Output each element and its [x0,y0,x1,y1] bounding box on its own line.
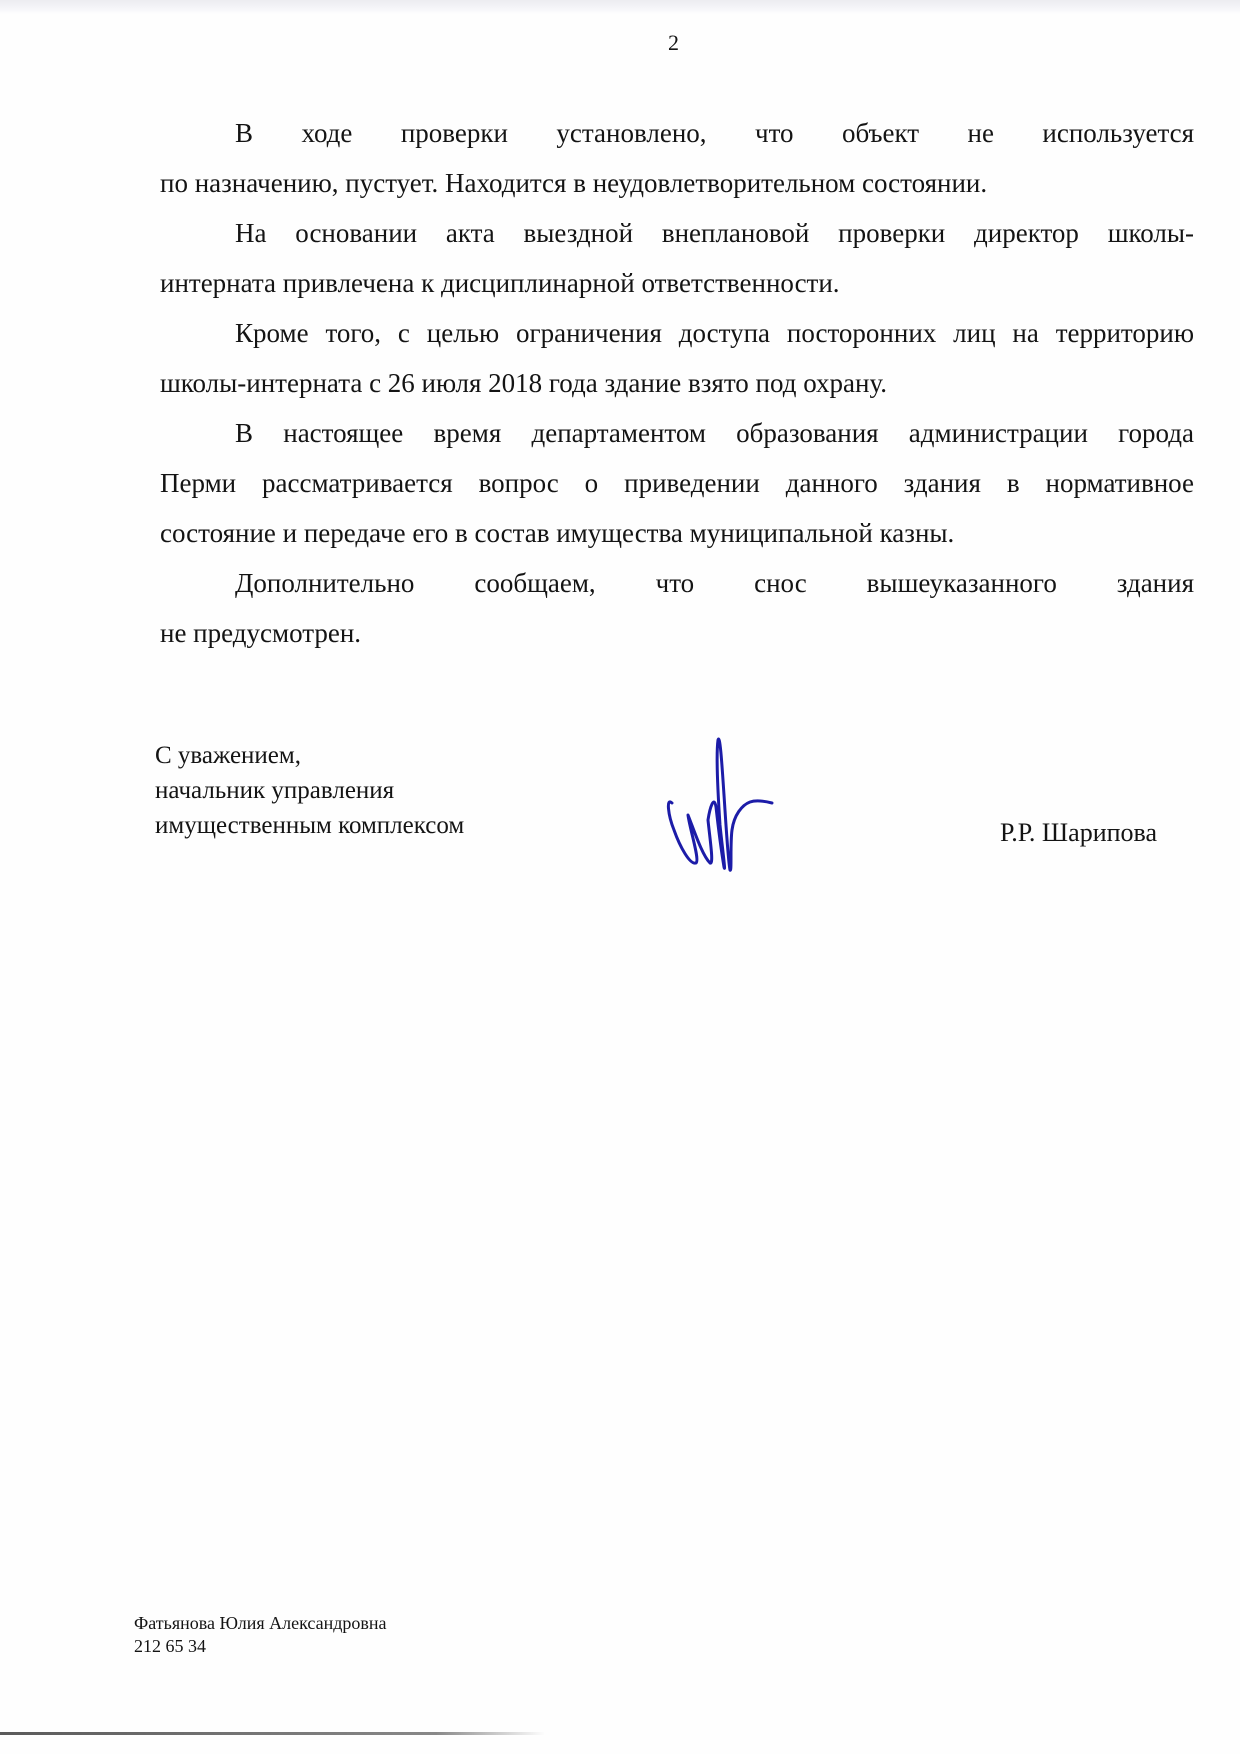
text-line: по назначению, пустует. Находится в неуд… [160,158,1194,208]
scan-edge-top [0,0,1240,14]
text-line: интерната привлечена к дисциплинарной от… [160,258,1194,308]
paragraph-inspection-result: В ходе проверки установлено, что объект … [160,108,1194,208]
text-line: школы-интерната с 26 июля 2018 года здан… [160,358,1194,408]
paragraph-security: Кроме того, с целью ограничения доступа … [160,308,1194,408]
executor-contact: Фатьянова Юлия Александровна 212 65 34 [134,1612,387,1658]
text-line: На основании акта выездной внеплановой п… [160,208,1194,258]
handwritten-signature-icon [660,735,780,880]
text-line: Кроме того, с целью ограничения доступа … [160,308,1194,358]
page-number: 2 [668,30,679,56]
scan-edge-bottom [0,1732,545,1735]
signer-position-line1: начальник управления [155,773,464,808]
closing-block: С уважением, начальник управления имущес… [155,738,464,843]
salutation: С уважением, [155,738,464,773]
text-line: В настоящее время департаментом образова… [160,408,1194,458]
document-page: 2 В ходе проверки установлено, что объек… [0,0,1240,1754]
paragraph-demolition: Дополнительно сообщаем, что снос вышеука… [160,558,1194,658]
paragraph-disciplinary-action: На основании акта выездной внеплановой п… [160,208,1194,308]
executor-phone: 212 65 34 [134,1635,387,1658]
text-line: Перми рассматривается вопрос о приведени… [160,458,1194,508]
letter-body: В ходе проверки установлено, что объект … [160,108,1194,658]
text-line: не предусмотрен. [160,608,1194,658]
signer-position-line2: имущественным комплексом [155,808,464,843]
text-line: Дополнительно сообщаем, что снос вышеука… [160,558,1194,608]
text-line: В ходе проверки установлено, что объект … [160,108,1194,158]
paragraph-current-status: В настоящее время департаментом образова… [160,408,1194,558]
text-line: состояние и передаче его в состав имущес… [160,508,1194,558]
signer-name: Р.Р. Шарипова [1000,818,1157,848]
executor-name: Фатьянова Юлия Александровна [134,1612,387,1635]
